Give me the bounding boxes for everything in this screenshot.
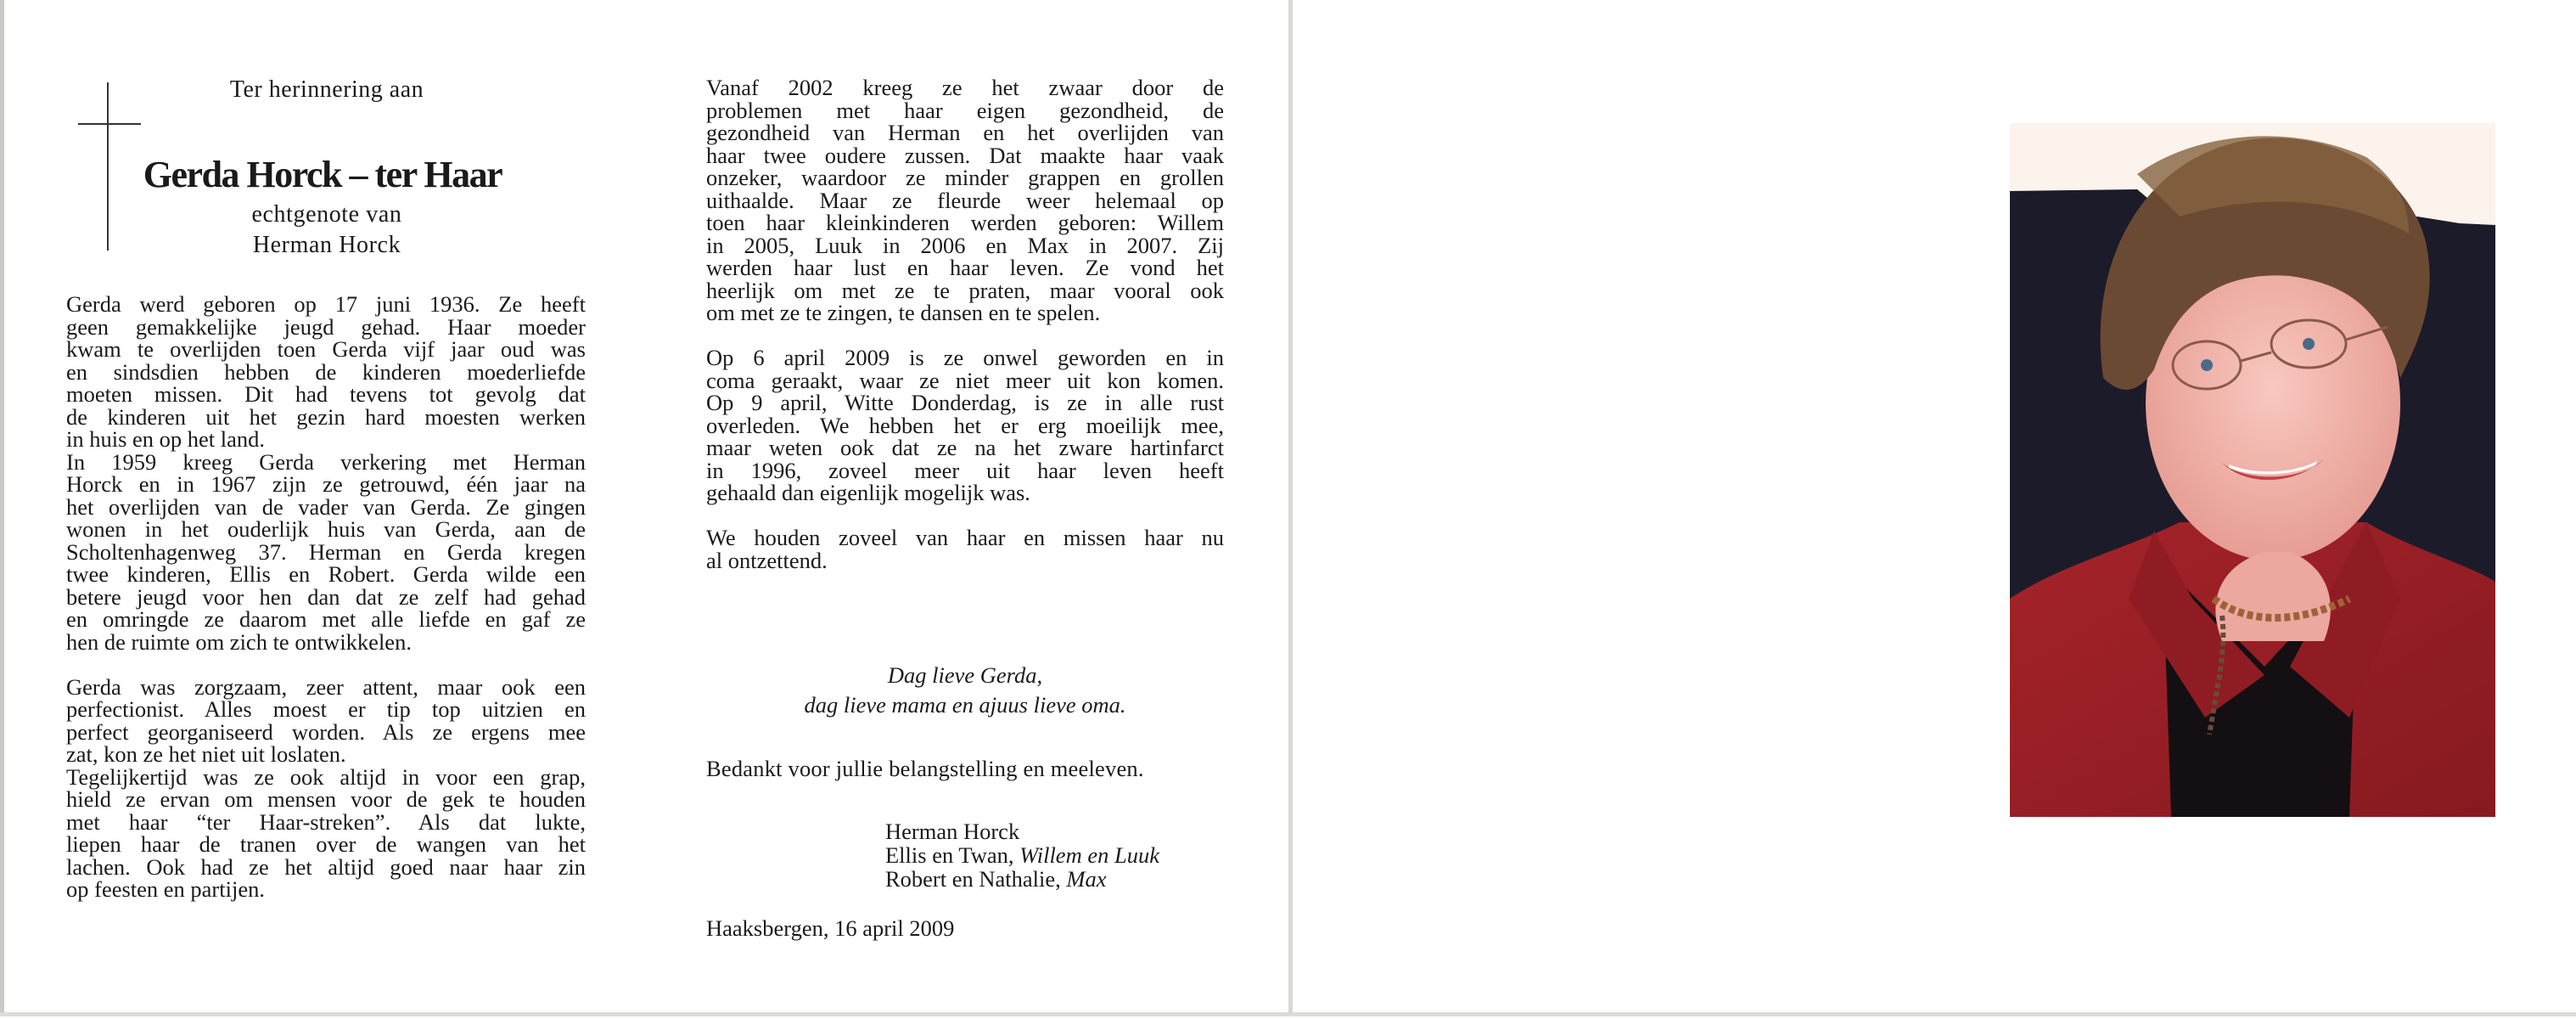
signatory-children: Willem en Luuk bbox=[1019, 842, 1159, 868]
text-line: en omringde ze daarom met alle liefde en… bbox=[66, 608, 586, 631]
spouse-name: Herman Horck bbox=[144, 232, 509, 259]
text-line: betere jeugd voor hen dan dat ze zelf ha… bbox=[66, 586, 586, 609]
text-line: moeten missen. Dit had tevens tot gevolg… bbox=[66, 383, 586, 406]
text-line: hield ze ervan om mensen voor de gek te … bbox=[66, 788, 586, 811]
text-line: onzeker, waardoor ze minder grappen en g… bbox=[706, 166, 1224, 189]
text-line: op feesten en partijen. bbox=[66, 878, 586, 901]
spouse-label: echtgenote van bbox=[144, 201, 509, 228]
text-line: de kinderen uit het gezin hard moesten w… bbox=[66, 406, 586, 429]
text-line: geen gemakkelijke jeugd gehad. Haar moed… bbox=[66, 316, 586, 339]
text-line: wonen in het ouderlijk huis van Gerda, a… bbox=[66, 518, 586, 541]
portrait-image bbox=[2010, 123, 2495, 817]
text-line: In 1959 kreeg Gerda verkering met Herman bbox=[66, 451, 586, 474]
text-line: toen haar kleinkinderen werden geboren: … bbox=[706, 211, 1224, 234]
text-line: Op 9 april, Witte Donderdag, is ze in al… bbox=[706, 391, 1224, 414]
text-line: en sindsdien hebben de kinderen moederli… bbox=[66, 361, 586, 384]
paragraph-gap bbox=[706, 324, 1224, 347]
text-line: gehaald dan eigenlijk mogelijk was. bbox=[706, 481, 1224, 504]
text-line: twee kinderen, Ellis en Robert. Gerda wi… bbox=[66, 563, 586, 586]
text-line: Gerda was zorgzaam, zeer attent, maar oo… bbox=[66, 676, 586, 699]
text-line: zat, kon ze het niet uit loslaten. bbox=[66, 743, 586, 766]
place-and-date: Haaksbergen, 16 april 2009 bbox=[706, 915, 954, 942]
text-line: We houden zoveel van haar en missen haar… bbox=[706, 526, 1224, 549]
text-line: perfectionist. Alles moest er tip top ui… bbox=[66, 698, 586, 721]
text-line: haar twee oudere zussen. Dat maakte haar… bbox=[706, 144, 1224, 167]
farewell-line-2: dag lieve mama en ajuus lieve oma. bbox=[706, 692, 1224, 718]
text-line: Horck en in 1967 zijn ze getrouwd, één j… bbox=[66, 473, 586, 496]
text-line: perfect georganiseerd worden. Als ze erg… bbox=[66, 721, 586, 744]
text-line: uithaalde. Maar ze fleurde weer helemaal… bbox=[706, 189, 1224, 212]
signatory-2: Ellis en Twan, Willem en Luuk bbox=[885, 842, 1159, 869]
paragraph-gap bbox=[66, 653, 586, 676]
card-fold-line bbox=[1288, 0, 1293, 1015]
text-line: lachen. Ook had ze het altijd goed naar … bbox=[66, 856, 586, 879]
text-line: overleden. We hebben het er erg moeilijk… bbox=[706, 414, 1224, 437]
memorial-card: Ter herinnering aan Gerda Horck – ter Ha… bbox=[0, 0, 2576, 1019]
text-line: heerlijk om met ze te praten, maar voora… bbox=[706, 279, 1224, 302]
text-line: om met ze te zingen, te dansen en te spe… bbox=[706, 301, 1224, 324]
text-line: hen de ruimte om zich te ontwikkelen. bbox=[66, 631, 586, 654]
intro-text: Ter herinnering aan bbox=[144, 76, 509, 104]
text-line: Vanaf 2002 kreeg ze het zwaar door de bbox=[706, 76, 1224, 99]
signatory-names: Ellis en Twan, bbox=[885, 842, 1019, 868]
deceased-name: Gerda Horck – ter Haar bbox=[110, 153, 535, 196]
text-line: werden haar lust en haar leven. Ze vond … bbox=[706, 256, 1224, 279]
cross-icon-horizontal bbox=[78, 123, 141, 125]
paragraph-gap bbox=[706, 504, 1224, 527]
biography-column-2: Vanaf 2002 kreeg ze het zwaar door depro… bbox=[706, 76, 1224, 571]
text-line: met haar “ter Haar-streken”. Als dat luk… bbox=[66, 811, 586, 834]
text-line: kwam te overlijden toen Gerda vijf jaar … bbox=[66, 338, 586, 361]
text-line: Tegelijkertijd was ze ook altijd in voor… bbox=[66, 766, 586, 789]
text-line: gezondheid van Herman en het overlijden … bbox=[706, 121, 1224, 144]
signatory-1: Herman Horck bbox=[885, 819, 1019, 845]
text-line: in 2005, Luuk in 2006 en Max in 2007. Zi… bbox=[706, 234, 1224, 257]
thanks-text: Bedankt voor jullie belangstelling en me… bbox=[706, 756, 1144, 782]
signatory-3: Robert en Nathalie, Max bbox=[885, 866, 1107, 892]
signatory-names: Herman Horck bbox=[885, 819, 1019, 844]
signatory-children: Max bbox=[1066, 866, 1106, 892]
biography-column-1: Gerda werd geboren op 17 juni 1936. Ze h… bbox=[66, 293, 586, 901]
signatory-names: Robert en Nathalie, bbox=[885, 866, 1066, 892]
text-line: maar weten ook dat ze na het zware harti… bbox=[706, 436, 1224, 459]
text-line: Scholtenhagenweg 37. Herman en Gerda kre… bbox=[66, 541, 586, 564]
portrait-photo bbox=[2010, 123, 2495, 817]
text-line: problemen met haar eigen gezondheid, de bbox=[706, 99, 1224, 122]
text-line: liepen haar de tranen over de wangen van… bbox=[66, 833, 586, 856]
text-line: Gerda werd geboren op 17 juni 1936. Ze h… bbox=[66, 293, 586, 316]
text-line: het overlijden van de vader van Gerda. Z… bbox=[66, 496, 586, 519]
text-line: coma geraakt, waar ze niet meer uit kon … bbox=[706, 369, 1224, 392]
text-line: in huis en op het land. bbox=[66, 428, 586, 451]
cross-icon-vertical bbox=[107, 82, 109, 251]
farewell-line-1: Dag lieve Gerda, bbox=[706, 662, 1224, 689]
text-line: Op 6 april 2009 is ze onwel geworden en … bbox=[706, 346, 1224, 369]
card-edge-left bbox=[0, 0, 4, 1015]
text-line: al ontzettend. bbox=[706, 549, 1224, 572]
text-line: in 1996, zoveel meer uit haar leven heef… bbox=[706, 459, 1224, 482]
